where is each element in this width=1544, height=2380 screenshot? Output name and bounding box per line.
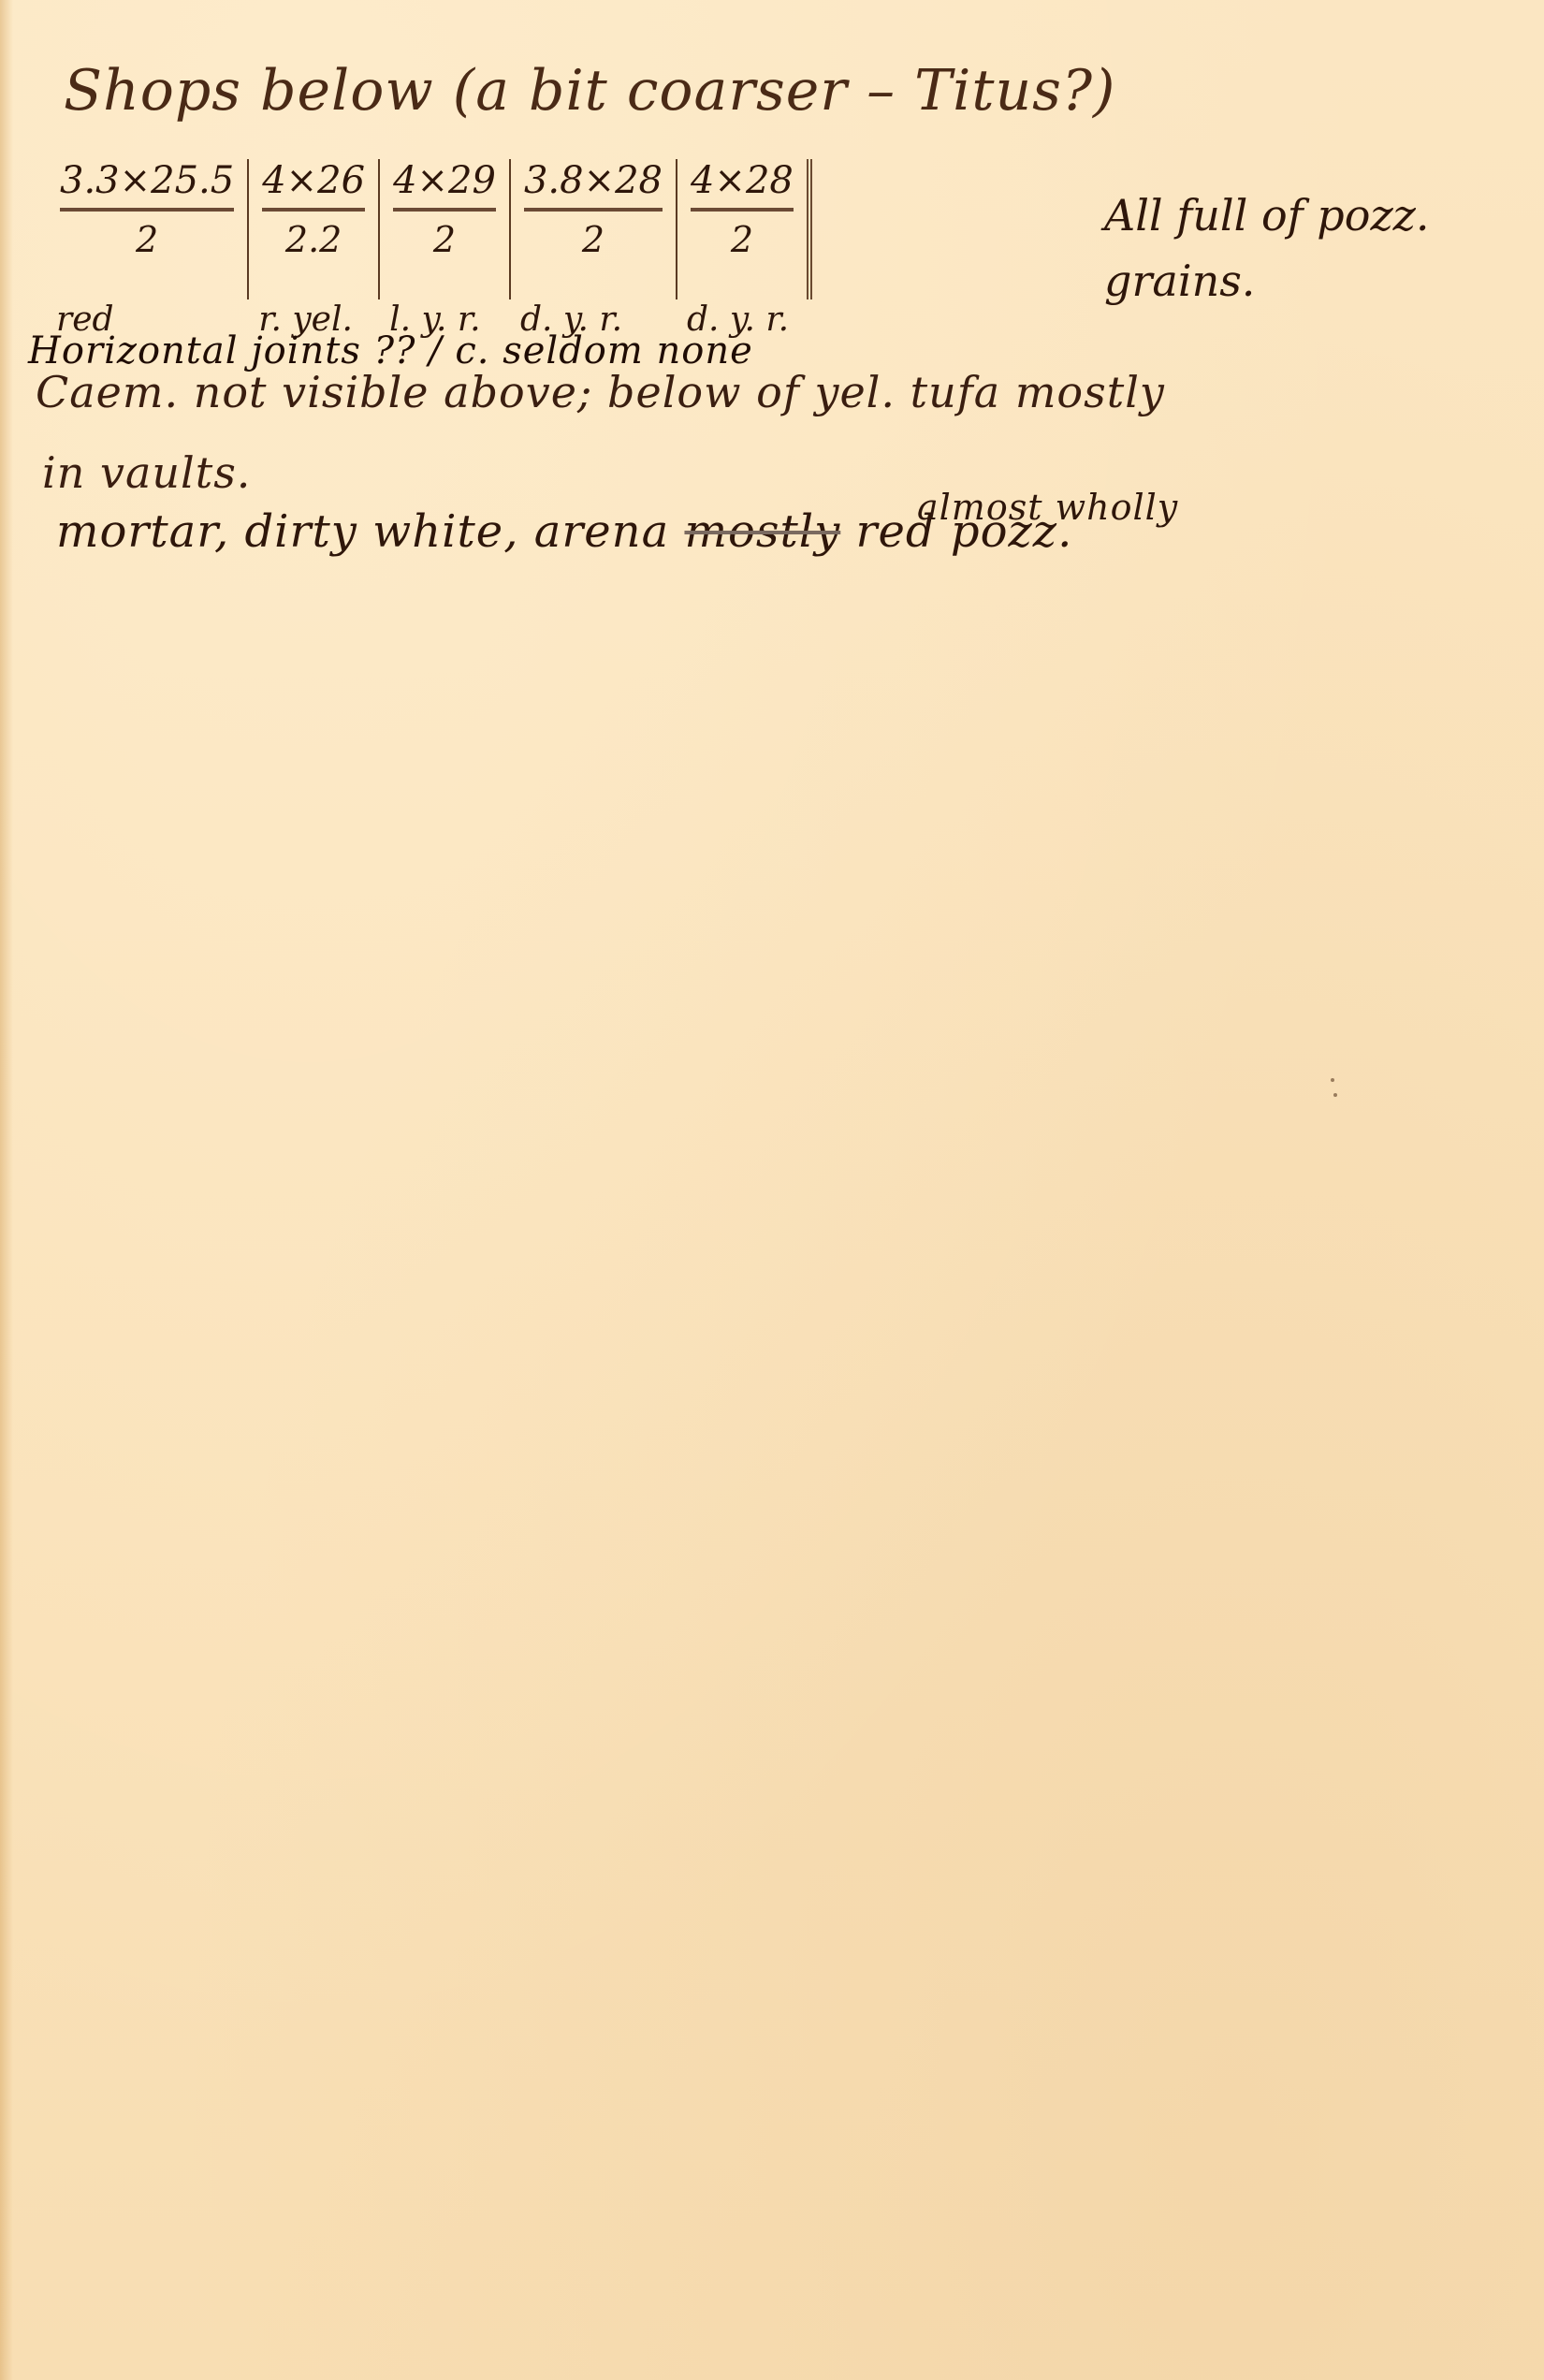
side-note-line: All full of pozz. [1104, 183, 1430, 248]
measurement-thickness: 2 [582, 219, 604, 260]
measurement-cell: 4×26 2.2 r. yel. [249, 159, 380, 299]
mortar-line-start: mortar, dirty white, arena [56, 505, 669, 558]
measurement-dimensions: 3.8×28 [524, 159, 663, 212]
measurement-dimensions: 4×26 [262, 159, 365, 212]
side-note-line: grains. [1104, 248, 1430, 314]
paper-speck [1333, 1093, 1337, 1097]
struck-word: mostly [684, 505, 840, 558]
paper-speck [1331, 1078, 1334, 1082]
measurement-cell: 3.3×25.5 2 red [47, 159, 249, 299]
body-line: Caem. not visible above; below of yel. t… [36, 367, 1165, 417]
measurement-cell: 3.8×28 2 d. y. r. [511, 159, 677, 299]
card-title: Shops below (a bit coarser – Titus?) [64, 58, 1115, 124]
measurement-thickness: 2 [731, 219, 753, 260]
measurement-cell: 4×29 2 l. y. r. [380, 159, 511, 299]
brick-measurements-row: 3.3×25.5 2 red 4×26 2.2 r. yel. 4×29 2 l… [47, 159, 812, 299]
measurement-dimensions: 3.3×25.5 [60, 159, 234, 212]
inserted-correction: almost wholly [917, 487, 1178, 528]
measurement-thickness: 2 [433, 219, 456, 260]
measurement-cell: 4×28 2 d. y. r. [677, 159, 812, 299]
paper-edge-shadow [0, 0, 13, 2380]
body-line: in vaults. [42, 447, 251, 498]
measurement-dimensions: 4×29 [393, 159, 496, 212]
measurement-thickness: 2 [136, 219, 158, 260]
measurement-dimensions: 4×28 [691, 159, 794, 212]
side-note: All full of pozz. grains. [1104, 183, 1430, 314]
measurement-thickness: 2.2 [285, 219, 342, 260]
